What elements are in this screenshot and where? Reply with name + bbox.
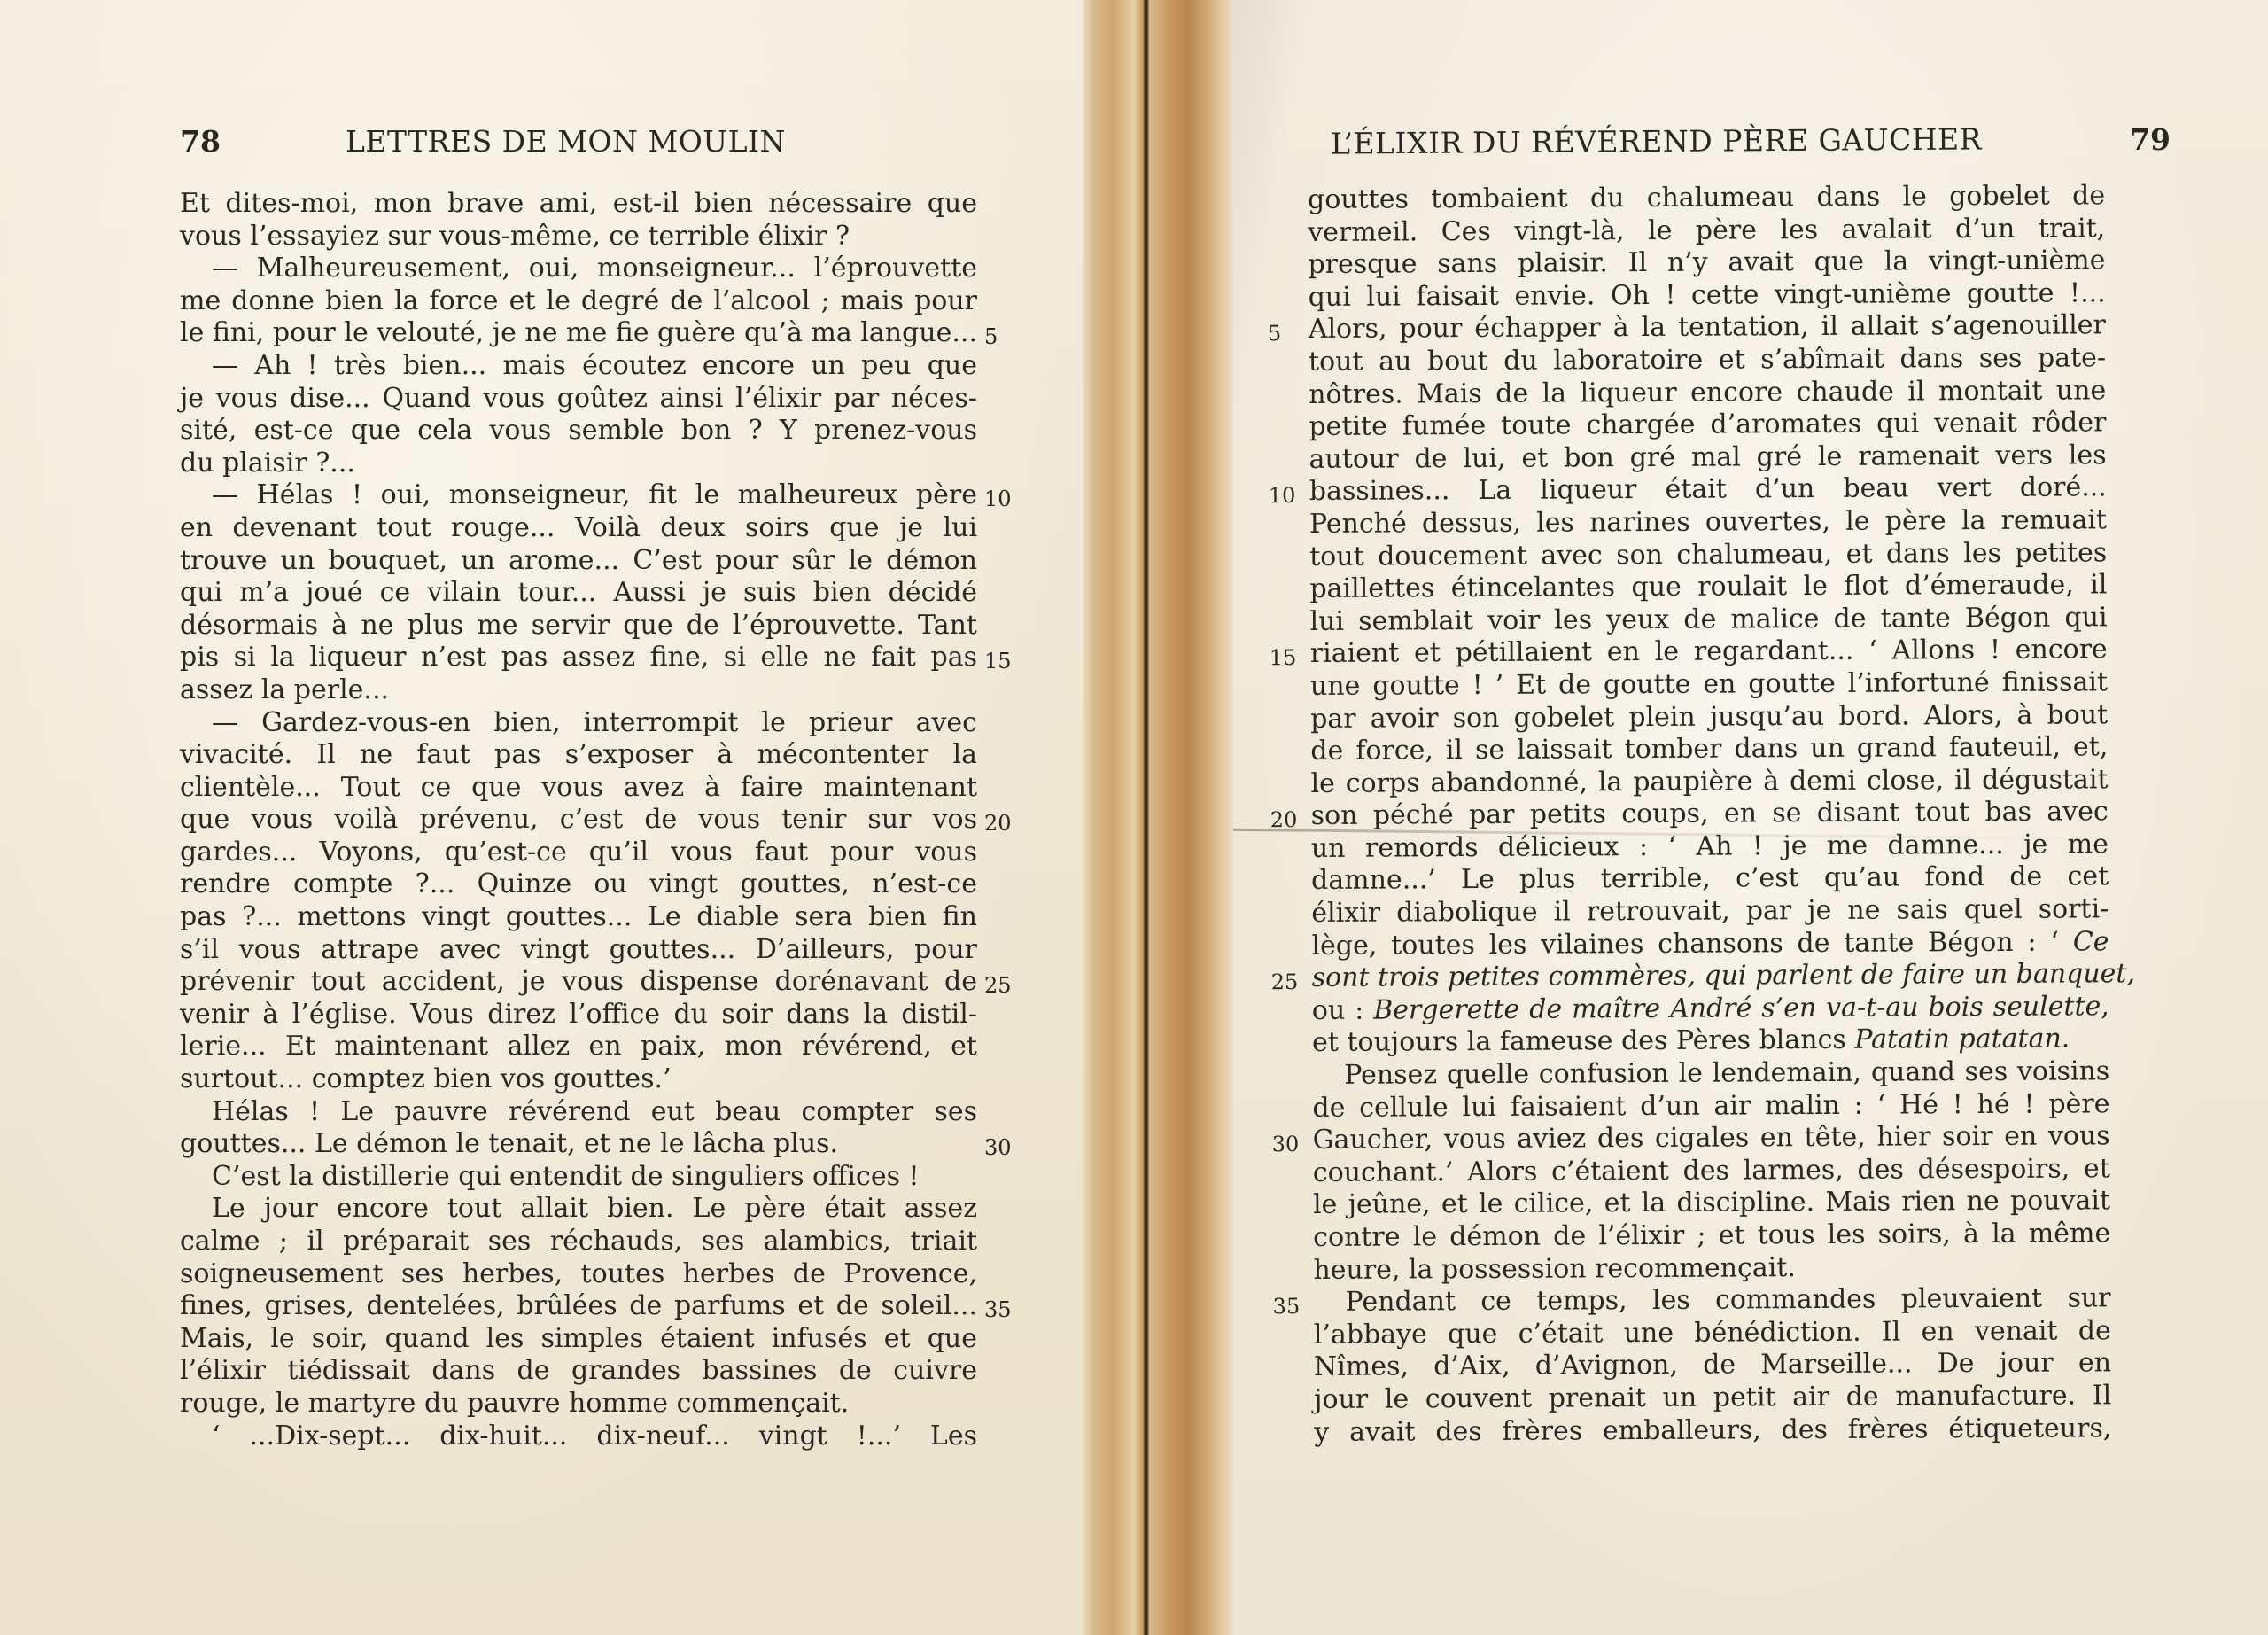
text-line: bassines... La liqueur était d’un beau v… [1309,472,2107,509]
line-text: l’élixir tiédissait dans de grandes bass… [180,1355,977,1386]
line-text: Mais, le soir, quand les simples étaient… [180,1323,977,1354]
line-number: 30 [1272,1128,1300,1161]
text-line: autour de lui, et bon gré mal gré le ram… [1309,440,2107,476]
text-line: vermeil. Ces vingt-là, le père les avala… [1308,213,2105,249]
line-text: Penché dessus, les narines ouvertes, le … [1309,504,2107,540]
line-text: une goutte ! ’ Et de goutte en goutte l’… [1310,666,2108,702]
line-text: gouttes tombaient du chalumeau dans le g… [1308,180,2105,215]
line-text: rouge, le martyre du pauvre homme commen… [180,1388,849,1419]
text-line: nôtres. Mais de la liqueur encore chaude… [1309,375,2106,411]
line-number: 10 [1269,479,1296,512]
line-text: contre le démon de l’élixir ; et tous le… [1313,1218,2110,1253]
line-number: 10 [984,483,1012,516]
text-line: jour le couvent prenait un petit air de … [1314,1380,2111,1416]
line-text: vermeil. Ces vingt-là, le père les avala… [1308,213,2105,248]
text-line: C’est la distillerie qui entendit de sin… [180,1161,977,1194]
line-text: couchant.’ Alors c’étaient des larmes, d… [1313,1153,2110,1188]
line-text: de cellule lui faisaient d’un air malin … [1312,1088,2109,1124]
line-text: soigneusement ses herbes, toutes herbes … [180,1258,977,1289]
text-line: Le jour encore tout allait bien. Le père… [180,1193,977,1226]
text-line: rouge, le martyre du pauvre homme commen… [180,1388,977,1421]
right-page: L’ÉLIXIR DU RÉVÉREND PÈRE GAUCHER 79 gou… [1233,0,2268,1635]
text-line: petite fumée toute chargée d’aromates qu… [1309,407,2106,443]
text-line: de force, il se laissait tomber dans un … [1310,731,2108,767]
text-line: tout au bout du laboratoire et s’abîmait… [1309,342,2106,378]
line-text: petite fumée toute chargée d’aromates qu… [1309,407,2106,442]
text-line: soigneusement ses herbes, toutes herbes … [180,1258,977,1291]
line-text: Et dites-moi, mon brave ami, est-il bien… [180,188,977,219]
text-line: son péché par petits coups, en se disant… [1311,797,2109,833]
line-text: s’il vous attrape avec vingt gouttes... … [180,934,977,965]
text-line: riaient et pétillaient en le regardant..… [1310,635,2108,671]
text-line: venir à l’église. Vous direz l’office du… [180,999,977,1032]
text-line: une goutte ! ’ Et de goutte en goutte l’… [1310,666,2108,703]
line-number: 5 [984,321,998,354]
text-line: Penché dessus, les narines ouvertes, le … [1309,504,2107,541]
text-line: pas ?... mettons vingt gouttes... Le dia… [180,901,977,934]
line-text: par avoir son gobelet plein jusqu’au bor… [1310,699,2108,735]
line-text: lège, toutes les vilaines chansons de ta… [1311,926,2109,962]
line-text: — Hélas ! oui, monseigneur, fit le malhe… [212,479,977,510]
line-text: ‘ ...Dix-sept... dix-huit... dix-neuf...… [212,1421,977,1452]
text-line: — Ah ! très bien... mais écoutez encore … [180,350,977,383]
line-number: 20 [984,807,1012,840]
text-line: contre le démon de l’élixir ; et tous le… [1313,1218,2110,1254]
line-text: calme ; il préparait ses réchauds, ses a… [180,1226,977,1257]
text-line: — Gardez-vous-en bien, interrompit le pr… [180,707,977,740]
body-text: gouttes tombaient du chalumeau dans le g… [1308,180,2111,1449]
text-line: et toujours la fameuse des Pères blancs … [1312,1024,2109,1060]
text-line: rendre compte ?... Quinze ou vingt goutt… [180,868,977,901]
line-text: tout au bout du laboratoire et s’abîmait… [1309,342,2106,378]
line-text: lerie... Et maintenant allez en paix, mo… [180,1031,977,1062]
line-text: le corps abandonné, la paupière à demi c… [1310,764,2108,799]
line-text: son péché par petits coups, en se disant… [1311,797,2109,832]
text-line: — Malheureusement, oui, monseigneur... l… [180,253,977,285]
text-line: heure, la possession recommençait. [1313,1250,2110,1287]
line-text: en devenant tout rouge... Voilà deux soi… [180,512,977,543]
line-text: gouttes... Le démon le tenait, et ne le … [180,1128,838,1159]
line-text: nôtres. Mais de la liqueur encore chaude… [1309,375,2106,410]
text-line: gouttes... Le démon le tenait, et ne le … [180,1128,977,1161]
line-text: Pendant ce temps, les commandes pleuvaie… [1346,1282,2111,1318]
left-page: 78 LETTRES DE MON MOULIN Et dites-moi, m… [0,0,1083,1635]
text-line: désormais à ne plus me servir que de l’é… [180,610,977,642]
text-line: calme ; il préparait ses réchauds, ses a… [180,1226,977,1258]
text-line: lège, toutes les vilaines chansons de ta… [1311,926,2109,962]
text-line: lui semblait voir les yeux de malice de … [1309,602,2107,638]
text-line: ‘ ...Dix-sept... dix-huit... dix-neuf...… [180,1421,977,1453]
line-text: riaient et pétillaient en le regardant..… [1310,635,2108,670]
text-line: Pendant ce temps, les commandes pleuvaie… [1314,1282,2111,1319]
line-text: que vous voilà prévenu, c’est de vous te… [180,804,977,835]
line-text: vivacité. Il ne faut pas s’exposer à méc… [180,739,977,770]
line-text: lui semblait voir les yeux de malice de … [1309,602,2107,637]
text-line: assez la perle... [180,674,977,707]
text-line: me donne bien la force et le degré de l’… [180,285,977,318]
line-text: — Malheureusement, oui, monseigneur... l… [212,253,977,284]
line-text: trouve un bouquet, un arome... C’est pou… [180,545,977,576]
line-text: prévenir tout accident, je vous dispense… [180,966,977,997]
line-text: rendre compte ?... Quinze ou vingt goutt… [180,868,977,899]
text-line: ou : Bergerette de maître André s’en va-… [1312,991,2109,1027]
book-spine [1083,0,1233,1635]
line-text: y avait des frères emballeurs, des frère… [1314,1413,2111,1448]
line-text: élixir diabolique il retrouvait, par je … [1311,893,2109,929]
text-line: qui m’a joué ce vilain tour... Aussi je … [180,577,977,610]
line-text: assez la perle... [180,674,389,705]
text-line: qui lui faisait envie. Oh ! cette vingt-… [1309,277,2106,314]
line-text: damne...’ Le plus terrible, c’est qu’au … [1311,861,2109,897]
text-line: le fini, pour le velouté, je ne me fie g… [180,317,977,350]
text-line: Mais, le soir, quand les simples étaient… [180,1323,977,1356]
text-line: prévenir tout accident, je vous dispense… [180,966,977,999]
text-line: surtout... comptez bien vos gouttes.’ [180,1063,977,1096]
text-line: couchant.’ Alors c’étaient des larmes, d… [1313,1153,2110,1189]
text-line: je vous dise... Quand vous goûtez ainsi … [180,383,977,416]
line-text: pis si la liqueur n’est pas assez fine, … [180,642,977,673]
text-line: élixir diabolique il retrouvait, par je … [1311,893,2109,930]
line-text: autour de lui, et bon gré mal gré le ram… [1309,440,2107,475]
line-number: 5 [1268,318,1281,351]
line-text: me donne bien la force et le degré de l’… [180,285,977,316]
line-text: — Ah ! très bien... mais écoutez encore … [212,350,977,381]
line-text: paillettes étincelantes que roulait le f… [1309,569,2107,604]
page-number: 78 [180,124,221,160]
text-line: le jeûne, et le cilice, et la discipline… [1313,1186,2110,1222]
line-number: 25 [984,969,1012,1002]
line-number: 15 [1270,642,1297,674]
line-text: je vous dise... Quand vous goûtez ainsi … [180,383,977,414]
text-line: tout doucement avec son chalumeau, et da… [1309,537,2107,573]
line-number: 35 [984,1294,1012,1327]
text-line: Nîmes, d’Aix, d’Avignon, de Marseille...… [1314,1348,2111,1384]
text-line: le corps abandonné, la paupière à demi c… [1310,764,2108,800]
text-line: trouve un bouquet, un arome... C’est pou… [180,545,977,578]
line-text: C’est la distillerie qui entendit de sin… [212,1161,920,1192]
line-text: ou : Bergerette de maître André s’en va-… [1312,991,2109,1026]
line-text: tout doucement avec son chalumeau, et da… [1309,537,2107,572]
text-line: gardes... Voyons, qu’est-ce qu’il vous f… [180,837,977,869]
line-number: 35 [1273,1290,1301,1323]
line-text: le jeûne, et le cilice, et la discipline… [1313,1186,2110,1221]
text-line: en devenant tout rouge... Voilà deux soi… [180,512,977,545]
line-text: désormais à ne plus me servir que de l’é… [180,610,977,641]
running-head: L’ÉLIXIR DU RÉVÉREND PÈRE GAUCHER [1331,121,1982,161]
line-text: bassines... La liqueur était d’un beau v… [1309,472,2107,508]
text-line: vivacité. Il ne faut pas s’exposer à méc… [180,739,977,772]
text-line: Hélas ! Le pauvre révérend eut beau comp… [180,1096,977,1129]
line-number: 15 [984,645,1012,678]
line-text: gardes... Voyons, qu’est-ce qu’il vous f… [180,837,977,868]
line-text: surtout... comptez bien vos gouttes.’ [180,1063,672,1094]
text-line: pis si la liqueur n’est pas assez fine, … [180,642,977,674]
line-text: et toujours la fameuse des Pères blancs … [1312,1024,2070,1058]
line-text: clientèle... Tout ce que vous avez à fai… [180,772,977,803]
text-line: presque sans plaisir. Il n’y avait que l… [1308,245,2105,281]
line-text: presque sans plaisir. Il n’y avait que l… [1308,245,2105,280]
text-line: Alors, pour échapper à la tentation, il … [1309,310,2106,346]
line-text: vous l’essayiez sur vous-même, ce terrib… [180,221,850,252]
line-text: pas ?... mettons vingt gouttes... Le dia… [180,901,977,932]
text-line: l’élixir tiédissait dans de grandes bass… [180,1355,977,1388]
text-line: de cellule lui faisaient d’un air malin … [1312,1088,2109,1125]
line-text: de force, il se laissait tomber dans un … [1310,731,2108,767]
line-text: sont trois petites commères, qui parlent… [1312,958,2135,993]
line-text: heure, la possession recommençait. [1313,1252,1796,1286]
line-text: Gaucher, vous aviez des cigales en tête,… [1313,1120,2110,1156]
text-line: Pensez quelle confusion le lendemain, qu… [1312,1055,2109,1092]
line-text: jour le couvent prenait un petit air de … [1314,1380,2111,1415]
text-line: clientèle... Tout ce que vous avez à fai… [180,772,977,805]
body-text: Et dites-moi, mon brave ami, est-il bien… [180,188,977,1452]
line-text: du plaisir ?... [180,448,355,479]
text-line: par avoir son gobelet plein jusqu’au bor… [1310,699,2108,736]
text-line: vous l’essayiez sur vous-même, ce terrib… [180,221,977,253]
line-text: l’abbaye que c’était une bénédiction. Il… [1314,1315,2111,1351]
text-line: lerie... Et maintenant allez en paix, mo… [180,1031,977,1063]
line-text: Hélas ! Le pauvre révérend eut beau comp… [212,1096,977,1127]
line-text: venir à l’église. Vous direz l’office du… [180,999,977,1030]
line-text: Pensez quelle confusion le lendemain, qu… [1344,1055,2109,1091]
line-text: sité, est-ce que cela vous semble bon ? … [180,415,977,446]
line-number: 20 [1270,804,1298,837]
line-text: Le jour encore tout allait bien. Le père… [212,1193,977,1224]
line-number: 25 [1271,966,1299,999]
line-text: fines, grises, dentelées, brûlées de par… [180,1290,977,1321]
text-line: gouttes tombaient du chalumeau dans le g… [1308,180,2105,216]
text-line: Gaucher, vous aviez des cigales en tête,… [1313,1120,2110,1156]
text-line: sont trois petites commères, qui parlent… [1312,959,2109,995]
text-line: paillettes étincelantes que roulait le f… [1309,569,2107,605]
text-line: damne...’ Le plus terrible, c’est qu’au … [1311,861,2109,898]
text-line: du plaisir ?... [180,448,977,480]
line-text: le fini, pour le velouté, je ne me fie g… [180,317,977,348]
line-text: qui lui faisait envie. Oh ! cette vingt-… [1309,277,2106,313]
line-text: — Gardez-vous-en bien, interrompit le pr… [212,707,977,738]
text-line: — Hélas ! oui, monseigneur, fit le malhe… [180,479,977,512]
text-line: l’abbaye que c’était une bénédiction. Il… [1314,1315,2111,1351]
page-number: 79 [2130,122,2171,158]
text-line: fines, grises, dentelées, brûlées de par… [180,1290,977,1323]
text-line: s’il vous attrape avec vingt gouttes... … [180,934,977,967]
text-line: que vous voilà prévenu, c’est de vous te… [180,804,977,837]
line-text: Nîmes, d’Aix, d’Avignon, de Marseille...… [1314,1348,2111,1383]
line-text: qui m’a joué ce vilain tour... Aussi je … [180,577,977,608]
text-line: sité, est-ce que cela vous semble bon ? … [180,415,977,448]
text-line: Et dites-moi, mon brave ami, est-il bien… [180,188,977,221]
line-number: 30 [984,1132,1012,1164]
text-line: y avait des frères emballeurs, des frère… [1314,1413,2111,1449]
running-head: LETTRES DE MON MOULIN [346,124,786,160]
line-text: Alors, pour échapper à la tentation, il … [1309,310,2106,346]
